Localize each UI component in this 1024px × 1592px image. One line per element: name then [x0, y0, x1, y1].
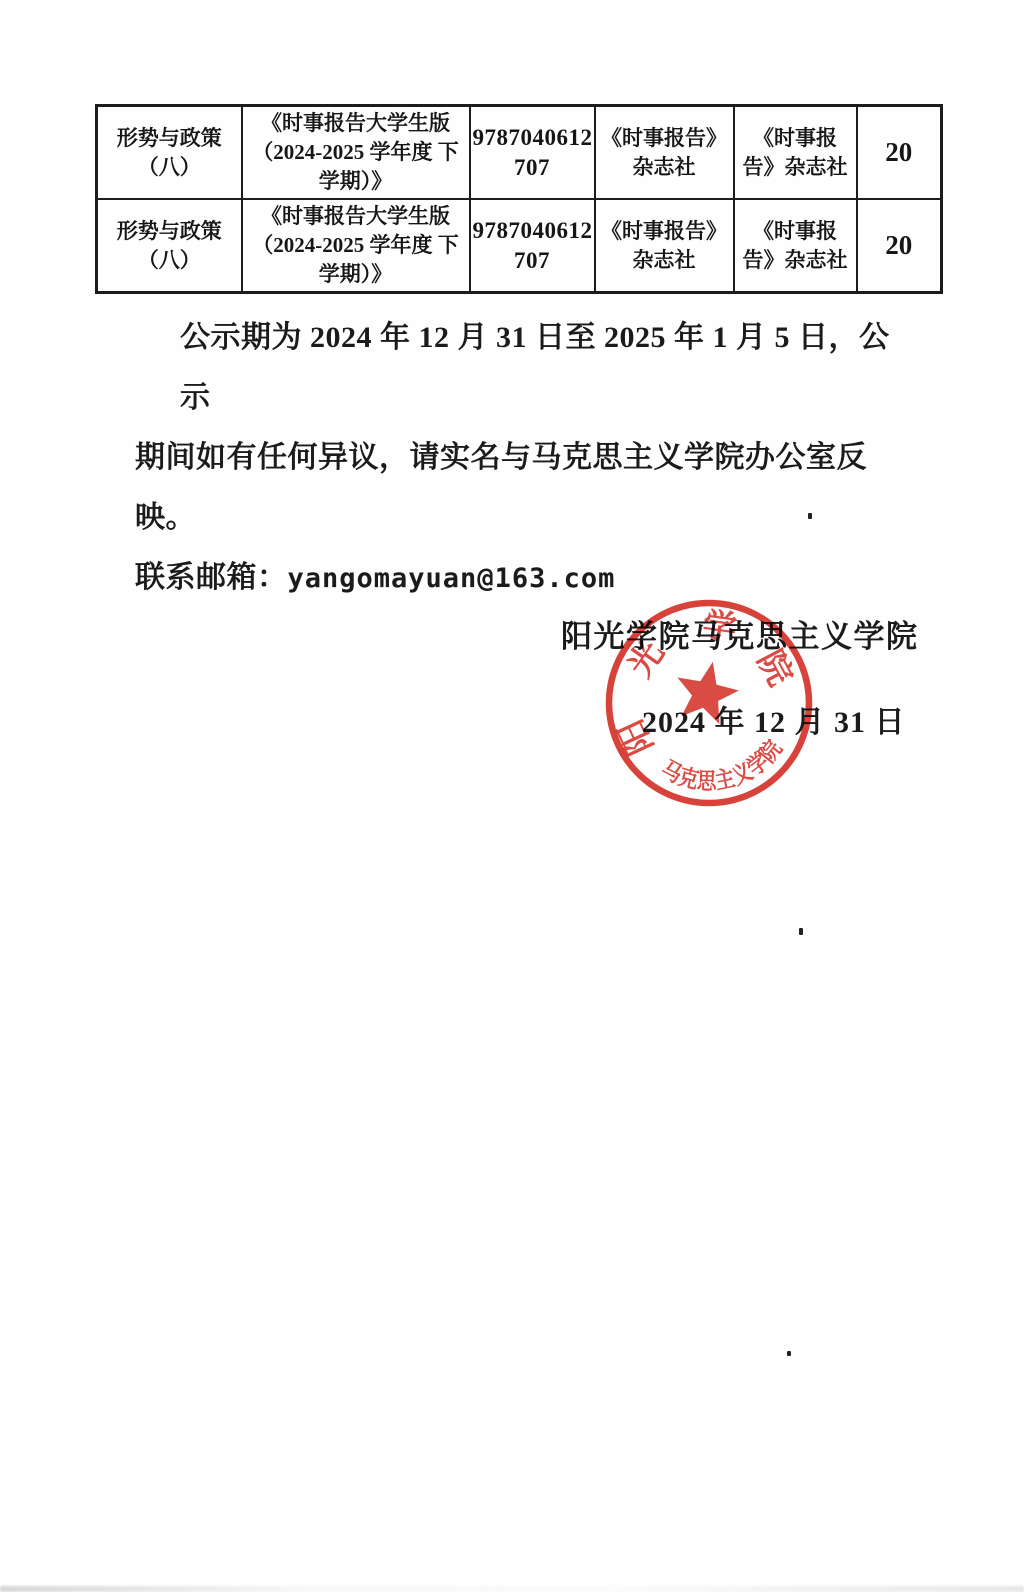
scan-speck [787, 1351, 791, 1356]
table-row: 形势与政策 （八） 《时事报告大学生版 （2024-2025 学年度 下 学期）… [97, 106, 942, 200]
table-row: 形势与政策 （八） 《时事报告大学生版 （2024-2025 学年度 下 学期）… [97, 199, 942, 293]
quantity-cell: 20 [857, 106, 942, 200]
contact-email: yangomayuan@163.com [288, 563, 616, 594]
publisher-cell: 《时事报告》 杂志社 [595, 199, 734, 293]
isbn-cell: 9787040612 707 [470, 106, 595, 200]
seal-star-icon [670, 655, 744, 726]
textbook-title-cell: 《时事报告大学生版 （2024-2025 学年度 下 学期）》 [242, 106, 470, 200]
document-page: 形势与政策 （八） 《时事报告大学生版 （2024-2025 学年度 下 学期）… [0, 0, 1024, 1592]
scan-edge-shadow [0, 1586, 1024, 1592]
course-name-cell: 形势与政策 （八） [97, 106, 242, 200]
press-cell: 《时事报 告》杂志社 [734, 199, 857, 293]
notice-paragraph: 公示期为 2024 年 12 月 31 日至 2025 年 1 月 5 日，公示… [135, 308, 897, 609]
isbn-cell: 9787040612 707 [470, 199, 595, 293]
contact-label: 联系邮箱： [135, 561, 288, 594]
publisher-cell: 《时事报告》 杂志社 [595, 106, 734, 200]
course-name-cell: 形势与政策 （八） [97, 199, 242, 293]
notice-line-1: 公示期为 2024 年 12 月 31 日至 2025 年 1 月 5 日，公示 [135, 308, 897, 428]
scan-speck [808, 513, 812, 519]
seal-ring-char: 学 [700, 606, 739, 648]
notice-line-2: 期间如有任何异议，请实名与马克思主义学院办公室反映。 [135, 428, 897, 548]
textbook-table: 形势与政策 （八） 《时事报告大学生版 （2024-2025 学年度 下 学期）… [95, 104, 943, 294]
official-seal-stamp: 阳 光 学 院 马克思主义学院 [579, 573, 839, 833]
press-cell: 《时事报 告》杂志社 [734, 106, 857, 200]
textbook-title-cell: 《时事报告大学生版 （2024-2025 学年度 下 学期）》 [242, 199, 470, 293]
quantity-cell: 20 [857, 199, 942, 293]
scan-speck [799, 928, 803, 935]
